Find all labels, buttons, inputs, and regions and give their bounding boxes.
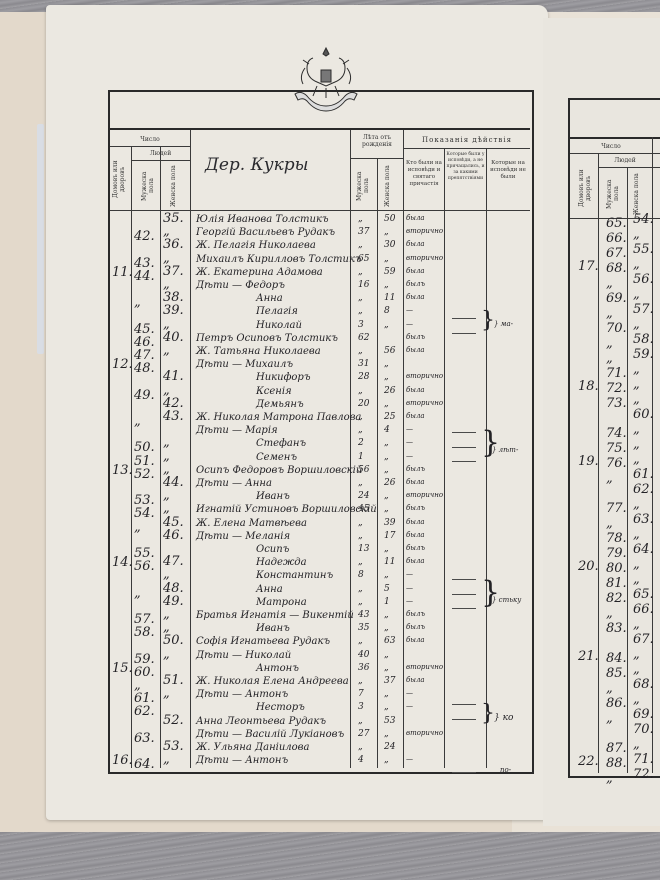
right-male-number: 76. xyxy=(606,456,627,471)
right-house-number: 22. xyxy=(578,754,599,769)
right-male-number: „ xyxy=(606,771,613,786)
communion-note: — xyxy=(406,570,413,578)
header-age-male: Мужеска пола xyxy=(356,164,368,208)
communion-note: былъ xyxy=(406,504,425,512)
communion-note: была xyxy=(406,531,425,539)
dash-mark xyxy=(452,333,476,334)
person-name: Демьянъ xyxy=(256,399,304,410)
person-name: Софія Игнатьева Рудакъ xyxy=(196,636,330,647)
right-male-number: 79. xyxy=(606,546,627,561)
age-male: 37 xyxy=(358,227,369,237)
communion-note: вторично xyxy=(406,372,443,380)
age-female: „ xyxy=(384,438,389,448)
person-name: Анна Леонтьева Рудакъ xyxy=(196,716,326,727)
header-age: Лѣта отъ рожденія xyxy=(351,134,403,148)
right-male-number: 85. xyxy=(606,666,627,681)
house-number: 11. xyxy=(112,265,133,280)
house-number: 13. xyxy=(112,463,133,478)
communion-note: вторично xyxy=(406,729,443,737)
brace-mark: } xyxy=(481,703,495,725)
male-number: „ xyxy=(134,586,141,601)
right-female-number: „ xyxy=(633,362,640,377)
age-female: „ xyxy=(384,663,389,673)
female-number: „ xyxy=(163,686,170,701)
brace-mark: } xyxy=(481,310,495,332)
person-name: Никифоръ xyxy=(256,372,311,383)
right-header-female: Женска пола xyxy=(633,172,645,216)
age-male: „ xyxy=(358,346,363,356)
person-name: Дѣти — Михаилъ xyxy=(196,359,293,370)
right-female-number: „ xyxy=(633,317,640,332)
person-name: Ж. Пелагія Николаева xyxy=(196,240,316,251)
age-male: 2 xyxy=(358,438,364,448)
person-name: Дѣти — Антонъ xyxy=(196,689,288,700)
person-name: Петръ Осиповъ Толстикъ xyxy=(196,333,338,344)
communion-note: — xyxy=(406,452,413,460)
right-header-number: Число xyxy=(570,143,652,150)
age-female: 50 xyxy=(384,214,395,224)
header-confessed-not-communed: Которые были у исповѣди, а не причащалис… xyxy=(445,152,486,182)
age-male: 8 xyxy=(358,570,364,580)
right-male-number: 77. xyxy=(606,501,627,516)
person-name: Несторъ xyxy=(256,702,305,713)
person-name: Юлія Иванова Толстикъ xyxy=(196,214,329,225)
right-house-number: 17. xyxy=(578,259,599,274)
right-female-number: 54. xyxy=(633,212,654,227)
age-male: „ xyxy=(358,240,363,250)
age-male: „ xyxy=(358,742,363,752)
person-name: Дѣти — Марія xyxy=(196,425,278,436)
person-name: Надежда xyxy=(256,557,307,568)
right-male-number: „ xyxy=(606,606,613,621)
right-male-number: 74. xyxy=(606,426,627,441)
age-female: „ xyxy=(384,570,389,580)
right-female-number: 71. xyxy=(633,752,654,767)
house-number: 14. xyxy=(112,555,133,570)
age-male: 31 xyxy=(358,359,369,369)
right-male-number: 68. xyxy=(606,261,627,276)
age-female: „ xyxy=(384,610,389,620)
age-male: „ xyxy=(358,716,363,726)
communion-note: была xyxy=(406,636,425,644)
age-male: 3 xyxy=(358,320,364,330)
age-female: „ xyxy=(384,504,389,514)
person-name: Антонъ xyxy=(256,663,299,674)
col-divider-name xyxy=(190,130,191,768)
age-male: 16 xyxy=(358,280,369,290)
communion-note: была xyxy=(406,557,425,565)
right-female-number: „ xyxy=(633,377,640,392)
person-name: Дѣти — Василій Лукіановъ xyxy=(196,729,344,740)
age-male: „ xyxy=(358,478,363,488)
right-female-number: „ xyxy=(633,527,640,542)
person-name: Игнатій Устиновъ Воршиловскій xyxy=(196,504,377,515)
person-name: Дѣти — Федоръ xyxy=(196,280,285,291)
house-number: 16. xyxy=(112,753,133,768)
right-male-number: 71. xyxy=(606,366,627,381)
right-male-number: „ xyxy=(606,351,613,366)
male-number: 49. xyxy=(134,388,155,403)
right-female-number: 61. xyxy=(633,467,654,482)
right-female-number: 60. xyxy=(633,407,654,422)
right-female-number: „ xyxy=(633,227,640,242)
header-confessed-communed: Кто были на исповѣди и святаго причастія xyxy=(404,160,444,188)
right-header-persons: Людей xyxy=(598,157,652,164)
age-female: 4 xyxy=(384,425,390,435)
communion-note: — xyxy=(406,425,413,433)
col-divider-confessed xyxy=(444,148,445,768)
header-age-female: Женска пола xyxy=(384,164,396,208)
person-name: Осипъ Федоровъ Воршиловскій xyxy=(196,465,362,476)
right-female-number: „ xyxy=(633,662,640,677)
right-male-number: „ xyxy=(606,681,613,696)
female-number: „ xyxy=(163,343,170,358)
age-male: „ xyxy=(358,412,363,422)
age-female: „ xyxy=(384,689,389,699)
person-name: Дѣти — Антонъ xyxy=(196,755,288,766)
age-female: 39 xyxy=(384,518,395,528)
right-male-number: 72. xyxy=(606,381,627,396)
person-name: Георгій Васильевъ Рудакъ xyxy=(196,227,335,238)
right-female-number: 57. xyxy=(633,302,654,317)
right-female-number: „ xyxy=(633,257,640,272)
right-female-number: „ xyxy=(633,497,640,512)
age-male: 28 xyxy=(358,372,369,382)
dash-mark xyxy=(452,594,476,595)
female-number: „ xyxy=(163,752,170,767)
female-number: 46. xyxy=(163,528,184,543)
communion-note: — xyxy=(406,438,413,446)
age-male: „ xyxy=(358,518,363,528)
communion-note: была xyxy=(406,346,425,354)
age-female: „ xyxy=(384,227,389,237)
right-female-number: „ xyxy=(633,617,640,632)
age-female: „ xyxy=(384,372,389,382)
age-female: 53 xyxy=(384,716,395,726)
age-male: 65 xyxy=(358,254,369,264)
age-female: „ xyxy=(384,452,389,462)
person-name: Дѣти — Анна xyxy=(196,478,272,489)
age-male: „ xyxy=(358,597,363,607)
header-persons: Людей xyxy=(131,150,190,157)
male-number: 56. xyxy=(134,559,155,574)
age-male: „ xyxy=(358,676,363,686)
right-house-number: 20. xyxy=(578,559,599,574)
person-name: Матрона xyxy=(256,597,307,608)
communion-note: вторично xyxy=(406,491,443,499)
right-female-number: 56. xyxy=(633,272,654,287)
age-female: „ xyxy=(384,729,389,739)
age-male: 27 xyxy=(358,729,369,739)
right-header-number-rule xyxy=(570,153,660,154)
age-male: 62 xyxy=(358,333,369,343)
communion-note: былъ xyxy=(406,623,425,631)
age-female: „ xyxy=(384,650,389,660)
right-male-number: 84. xyxy=(606,651,627,666)
right-female-number: „ xyxy=(633,452,640,467)
right-male-number: 66. xyxy=(606,231,627,246)
right-female-number: 66. xyxy=(633,602,654,617)
dash-mark xyxy=(452,772,476,773)
age-female: 59 xyxy=(384,267,395,277)
age-male: „ xyxy=(358,293,363,303)
header-top-rule xyxy=(110,128,530,130)
communion-note: вторично xyxy=(406,663,443,671)
age-male: „ xyxy=(358,267,363,277)
dash-mark xyxy=(452,579,476,580)
communion-note: была xyxy=(406,412,425,420)
communion-note: была xyxy=(406,676,425,684)
dash-mark xyxy=(452,432,476,433)
header-male-persons: Мужеска пола xyxy=(141,164,153,208)
right-header-households: Домовъ или дворовъ xyxy=(578,160,594,216)
right-male-number: „ xyxy=(606,336,613,351)
age-female: „ xyxy=(384,702,389,712)
communion-note: — xyxy=(406,689,413,697)
right-female-number: 55. xyxy=(633,242,654,257)
person-name: Анна xyxy=(256,584,283,595)
male-number: „ xyxy=(134,520,141,535)
col-divider-indications xyxy=(403,130,404,768)
age-male: 56 xyxy=(358,465,369,475)
age-female: 11 xyxy=(384,557,395,567)
communion-note: вторично xyxy=(406,227,443,235)
age-female: „ xyxy=(384,320,389,330)
age-female: „ xyxy=(384,254,389,264)
col-divider-age-f xyxy=(377,158,378,768)
age-male: 13 xyxy=(358,544,369,554)
right-male-number: 67. xyxy=(606,246,627,261)
communion-note: была xyxy=(406,293,425,301)
age-male: „ xyxy=(358,214,363,224)
age-male: „ xyxy=(358,531,363,541)
margin-note: } ма- xyxy=(494,320,513,328)
header-indications: Показанія дѣйствія xyxy=(404,137,530,144)
dash-mark xyxy=(452,447,476,448)
age-male: „ xyxy=(358,557,363,567)
person-name: Семенъ xyxy=(256,452,297,463)
age-male: „ xyxy=(358,584,363,594)
right-male-number: 65. xyxy=(606,216,627,231)
age-female: 56 xyxy=(384,346,395,356)
male-number: „ xyxy=(134,414,141,429)
person-name: Дѣти — Меланія xyxy=(196,531,290,542)
person-name: Анна xyxy=(256,293,283,304)
age-female: 26 xyxy=(384,386,395,396)
right-female-number: 58. xyxy=(633,332,654,347)
communion-note: — xyxy=(406,597,413,605)
age-female: „ xyxy=(384,359,389,369)
right-header-persons-rule xyxy=(598,167,660,168)
age-female: 1 xyxy=(384,597,390,607)
age-female: 63 xyxy=(384,636,395,646)
communion-note: была xyxy=(406,267,425,275)
right-female-number: 72. xyxy=(633,767,654,782)
right-female-number: „ xyxy=(633,737,640,752)
age-female: „ xyxy=(384,544,389,554)
communion-note: былъ xyxy=(406,465,425,473)
communion-note: была xyxy=(406,214,425,222)
right-female-number: 65. xyxy=(633,587,654,602)
person-name: Ж. Татьяна Николаева xyxy=(196,346,321,357)
header-indications-rule xyxy=(403,148,530,149)
male-number: 58. xyxy=(134,625,155,640)
female-number: 52. xyxy=(163,713,184,728)
age-male: „ xyxy=(358,386,363,396)
person-name: Ж. Екатерина Адамова xyxy=(196,267,323,278)
right-male-number: 73. xyxy=(606,396,627,411)
right-header-top-rule xyxy=(570,137,660,139)
right-male-number: 87. xyxy=(606,741,627,756)
header-number-rule xyxy=(110,146,190,147)
right-house-number: 18. xyxy=(578,379,599,394)
age-female: 5 xyxy=(384,584,390,594)
male-number: 64. xyxy=(134,757,155,772)
age-male: 35 xyxy=(358,623,369,633)
person-name: Иванъ xyxy=(256,623,290,634)
age-male: 24 xyxy=(358,491,369,501)
right-female-number: 70. xyxy=(633,722,654,737)
age-female: „ xyxy=(384,755,389,765)
margin-note: } стьку xyxy=(492,596,521,604)
male-number: 62. xyxy=(134,704,155,719)
right-male-number: „ xyxy=(606,471,613,486)
communion-note: была xyxy=(406,386,425,394)
person-name: Ж. Николая Матрона Павлова xyxy=(196,412,361,423)
right-male-number: 70. xyxy=(606,321,627,336)
age-female: 8 xyxy=(384,306,390,316)
male-number: „ xyxy=(134,295,141,310)
person-name: Ж. Ульяна Даніилова xyxy=(196,742,309,753)
communion-note: — xyxy=(406,702,413,710)
age-male: „ xyxy=(358,425,363,435)
age-female: „ xyxy=(384,399,389,409)
right-male-number: 86. xyxy=(606,696,627,711)
right-female-number: 69. xyxy=(633,707,654,722)
age-male: 7 xyxy=(358,689,364,699)
house-number: 12. xyxy=(112,357,133,372)
age-male: 4 xyxy=(358,755,364,765)
right-house-number: 19. xyxy=(578,454,599,469)
communion-note: былъ xyxy=(406,544,425,552)
right-female-number: „ xyxy=(633,287,640,302)
dash-mark xyxy=(452,318,476,319)
communion-note: былъ xyxy=(406,610,425,618)
communion-note: — xyxy=(406,306,413,314)
right-female-number: „ xyxy=(633,572,640,587)
age-female: „ xyxy=(384,465,389,475)
right-male-number: 82. xyxy=(606,591,627,606)
person-name: Ж. Николая Елена Андреева xyxy=(196,676,349,687)
age-male: 36 xyxy=(358,663,369,673)
right-female-number: 67. xyxy=(633,632,654,647)
dash-mark xyxy=(452,704,476,705)
right-male-number: 78. xyxy=(606,531,627,546)
age-female: 26 xyxy=(384,478,395,488)
right-male-number: 69. xyxy=(606,291,627,306)
right-female-number: „ xyxy=(633,647,640,662)
header-households: Домовъ или дворовъ xyxy=(112,150,130,208)
person-name: Братья Игнатія — Викентій xyxy=(196,610,354,621)
male-number: 44. xyxy=(134,269,155,284)
female-number: 43. xyxy=(163,409,184,424)
communion-note: была xyxy=(406,478,425,486)
right-female-number: „ xyxy=(633,422,640,437)
person-name: Иванъ xyxy=(256,491,290,502)
communion-note: — xyxy=(406,320,413,328)
communion-note: была xyxy=(406,518,425,526)
right-male-number: „ xyxy=(606,276,613,291)
age-male: „ xyxy=(358,306,363,316)
col-divider-age xyxy=(350,130,351,768)
age-female: 24 xyxy=(384,742,395,752)
right-male-number: 88. xyxy=(606,756,627,771)
right-male-number: 81. xyxy=(606,576,627,591)
right-female-number: „ xyxy=(633,392,640,407)
person-name: Константинъ xyxy=(256,570,333,581)
communion-note: была xyxy=(406,240,425,248)
margin-note: } лѣт- xyxy=(492,446,518,454)
age-female: „ xyxy=(384,491,389,501)
right-female-number: „ xyxy=(633,437,640,452)
age-male: 3 xyxy=(358,702,364,712)
right-female-number: 59. xyxy=(633,347,654,362)
dash-mark xyxy=(452,461,476,462)
person-name: Ксенія xyxy=(256,386,292,397)
right-female-number: 62. xyxy=(633,482,654,497)
right-female-number: „ xyxy=(633,557,640,572)
dash-mark xyxy=(452,719,476,720)
communion-note: былъ xyxy=(406,333,425,341)
person-name: Пелагія xyxy=(256,306,298,317)
communion-note: — xyxy=(406,584,413,592)
age-male: 20 xyxy=(358,399,369,409)
age-male: 43 xyxy=(358,610,369,620)
person-name: Дѣти — Николай xyxy=(196,650,291,661)
village-heading: Дер. Кукры xyxy=(205,155,308,175)
male-number: 63. xyxy=(134,731,155,746)
right-male-number: „ xyxy=(606,711,613,726)
right-col-divider-male xyxy=(627,167,628,773)
right-header-male: Мужеска пола xyxy=(606,172,618,216)
header-number: Число xyxy=(110,136,190,143)
dash-mark xyxy=(452,608,476,609)
age-female: „ xyxy=(384,623,389,633)
age-female: 37 xyxy=(384,676,395,686)
right-male-number: 80. xyxy=(606,561,627,576)
margin-note: по- xyxy=(500,766,511,774)
right-female-number: „ xyxy=(633,692,640,707)
person-name: Ж. Елена Матвѣева xyxy=(196,518,307,529)
person-name: Осипъ xyxy=(256,544,289,555)
age-female: 17 xyxy=(384,531,395,541)
male-number: 52. xyxy=(134,467,155,482)
margin-note: } ко xyxy=(494,713,513,723)
right-male-number: „ xyxy=(606,306,613,321)
person-name: Стефанъ xyxy=(256,438,306,449)
age-male: 1 xyxy=(358,452,364,462)
communion-note: былъ xyxy=(406,280,425,288)
house-number: 15. xyxy=(112,661,133,676)
male-number: 48. xyxy=(134,361,155,376)
communion-note: вторично xyxy=(406,254,443,262)
female-number: „ xyxy=(163,647,170,662)
right-female-number: 63. xyxy=(633,512,654,527)
header-age-rule xyxy=(350,158,403,159)
person-name: Николай xyxy=(256,320,302,331)
right-male-number: „ xyxy=(606,516,613,531)
person-name: Михаилъ Кирилловъ Толстикъ xyxy=(196,254,362,265)
